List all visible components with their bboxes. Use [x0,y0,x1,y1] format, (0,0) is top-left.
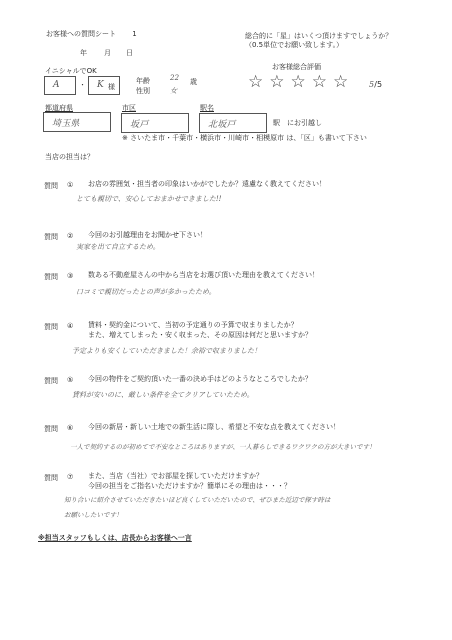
question-5-text: 今回の物件をご契約頂いた一番の決め手はどのようなところでしたか？ [88,374,312,384]
initial-1-field[interactable]: A [44,76,76,95]
question-1-label: 質問 [44,181,58,191]
station-value: 北坂戸 [208,117,236,130]
initial-1-value: A [53,80,60,90]
question-7-text: また、当店（当社）でお部屋を探していただけますか？ 今回の担当をご指名いただけま… [88,471,291,491]
location-note: ※ さいたま市・千葉市・横浜市・川崎市・相模原市 は、「区」も書いて下さい [122,133,367,143]
answer-7-line-1[interactable]: 知り合いに紹介させていただきたいほど良くしていただいたので、ぜひまた近辺で探す時… [64,495,330,504]
question-1-text: お店の雰囲気・担当者の印象はいかがでしたか？遠慮なく教えてください！ [88,179,326,189]
question-2-text: 今回のお引越理由をお聞かせ下さい！ [88,230,207,240]
question-1-text-line: お店の雰囲気・担当者の印象はいかがでしたか？遠慮なく教えてください！ [88,180,326,188]
rating-label: お客様総合評価 [272,62,321,72]
prefecture-field[interactable]: 埼玉県 [43,112,111,132]
initial-separator: ・ [79,80,86,90]
gender-label: 性別 [136,86,150,96]
question-4-text-line-1: 賃料・契約金について、当初の予定通りの予算で収まりましたか？ [88,320,312,330]
date-year-label: 年 [80,48,87,58]
question-3-text-line: 数ある不動産屋さんの中から当店をお選び頂いた理由を教えてください！ [88,271,319,279]
question-5-number: ⑤ [67,376,73,384]
question-3-label: 質問 [44,272,58,282]
star-icon[interactable]: ☆ [248,74,263,91]
question-5-label: 質問 [44,376,58,386]
question-7-text-line-1: また、当店（当社）でお部屋を探していただけますか？ [88,471,291,481]
question-2-number: ② [67,232,73,240]
gender-value[interactable]: 女 [170,86,177,96]
question-4-label: 質問 [44,322,58,332]
date-month-label: 月 [104,48,111,58]
prefecture-value: 埼玉県 [52,116,80,129]
answer-4[interactable]: 予定よりも安くしていただきました！余裕で収まりました！ [72,346,261,356]
sheet-title-text: お客様への質問シート [46,30,116,38]
city-field[interactable]: 坂戸 [121,113,189,133]
station-field[interactable]: 北坂戸 [199,113,267,133]
question-4-number: ④ [67,322,73,330]
question-5-text-line: 今回の物件をご契約頂いた一番の決め手はどのようなところでしたか？ [88,375,312,383]
star-rating[interactable]: ☆ ☆ ☆ ☆ ☆ [248,74,348,91]
honorific: 様 [108,82,115,92]
answer-2[interactable]: 実家を出て自立するため。 [76,242,160,252]
answer-7-line-2[interactable]: お願いしたいです！ [64,510,123,519]
age-value[interactable]: 22 [170,74,179,82]
question-1-number: ① [67,181,73,189]
rating-score: 5/5 [369,80,382,89]
answer-5[interactable]: 賃料が安いのに、厳しい条件を全てクリアしていたため。 [72,390,254,400]
answer-1[interactable]: とても親切で、安心しておまかせできました!! [76,194,222,204]
sheet-title: お客様への質問シート 1 [46,29,137,39]
question-7-number: ⑦ [67,473,73,481]
answer-3[interactable]: 口コミで親切だったとの声が多かったため。 [76,287,216,297]
station-suffix: 駅 にお引越し [273,118,322,128]
question-4-text-line-2: また、増えてしまった・安く収まった、その原因は何だと思いますか？ [88,330,312,340]
question-4-text: 賃料・契約金について、当初の予定通りの予算で収まりましたか？ また、増えてしまっ… [88,320,312,340]
question-7-text-line-2: 今回の担当をご指名いただけますか？簡単にその理由は・・・？ [88,481,291,491]
question-6-number: ⑥ [67,424,73,432]
city-value: 坂戸 [130,117,148,130]
answer-6[interactable]: 一人で契約するのが初めてで不安なところはありますが、一人暮らしできるワクワクの方… [70,442,376,451]
page-number: 1 [132,30,136,38]
date-day-label: 日 [126,48,133,58]
question-2-text-line: 今回のお引越理由をお聞かせ下さい！ [88,231,207,239]
star-icon[interactable]: ☆ [333,74,348,91]
question-7-label: 質問 [44,473,58,483]
age-label: 年齢 [136,76,150,86]
rating-question-line2: （0.5単位でお願い致します。） [245,40,343,50]
question-2-label: 質問 [44,232,58,242]
question-6-text-line: 今回の新居・新しい土地での新生活に際し、希望と不安な点を教えてください！ [88,423,340,431]
station-label: 駅名 [200,103,214,113]
question-3-text: 数ある不動産屋さんの中から当店をお選び頂いた理由を教えてください！ [88,270,319,280]
star-icon[interactable]: ☆ [269,74,284,91]
star-icon[interactable]: ☆ [312,74,327,91]
question-3-number: ③ [67,272,73,280]
staff-message-label: ※担当スタッフもしくは、店長からお客様へ一言 [38,533,192,543]
initial-2-value: K [97,80,104,90]
age-unit: 歳 [190,77,197,87]
star-icon[interactable]: ☆ [291,74,306,91]
staff-label: 当店の担当は？ [45,152,94,162]
initial-2-field[interactable]: K [88,76,120,95]
rating-score-max: /5 [374,80,382,89]
question-6-label: 質問 [44,424,58,434]
city-label: 市区 [122,103,136,113]
initials-label: イニシャルでOK [45,66,97,76]
question-6-text: 今回の新居・新しい土地での新生活に際し、希望と不安な点を教えてください！ [88,422,340,432]
